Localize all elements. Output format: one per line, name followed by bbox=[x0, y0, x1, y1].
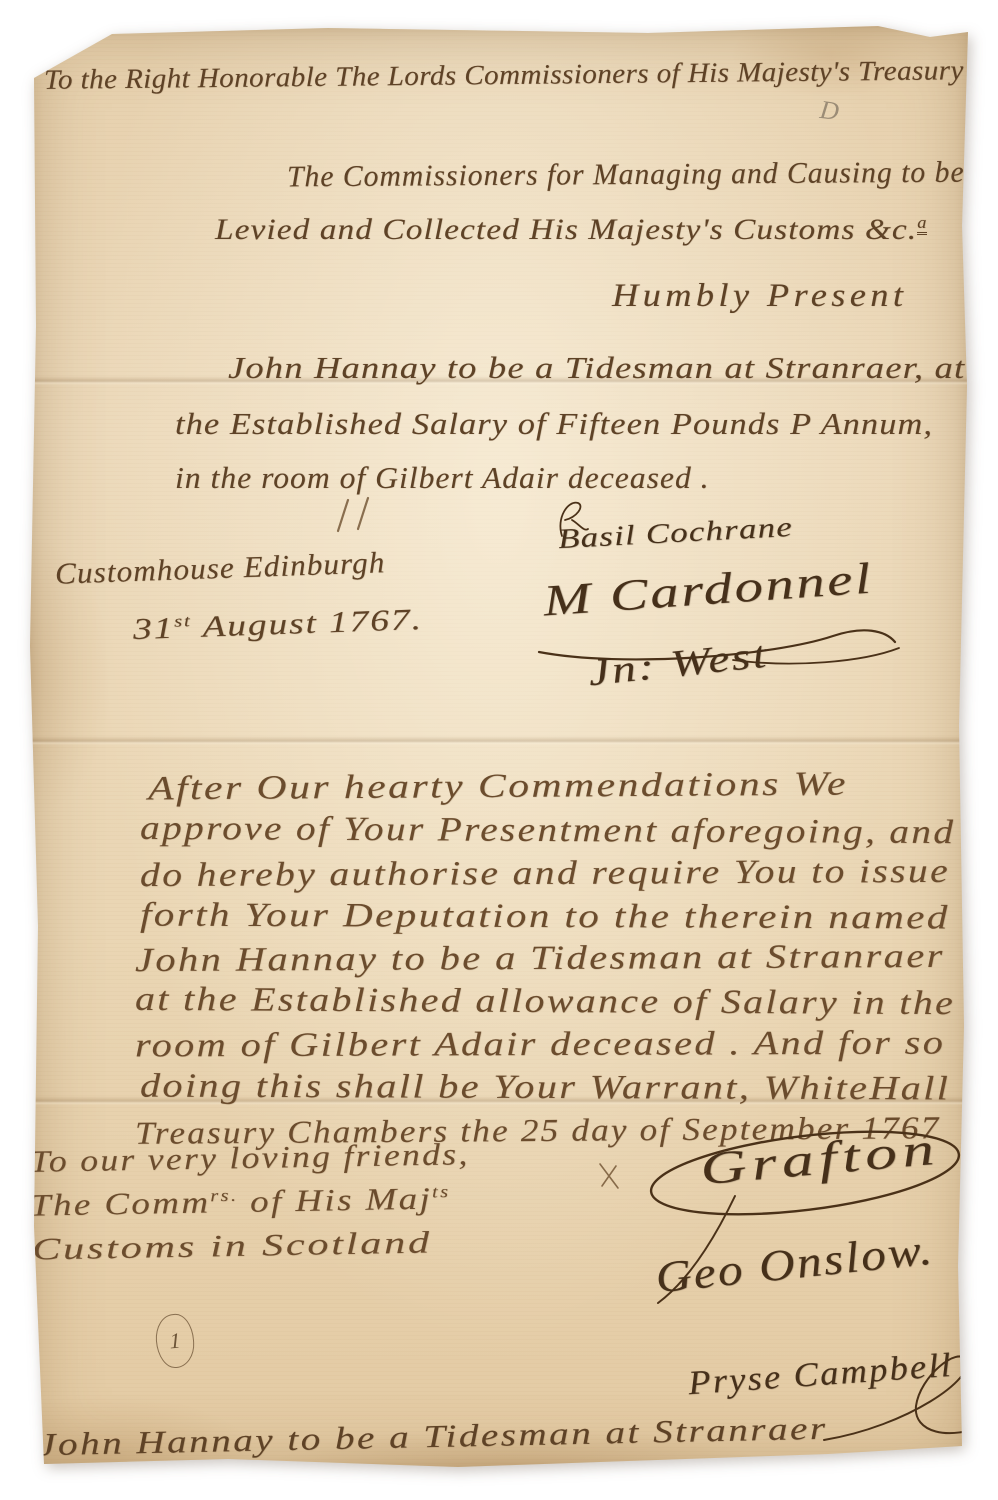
signature-onslow-text: Geo Onslow. bbox=[653, 1224, 936, 1304]
dateline-date: 31st August 1767. bbox=[132, 603, 423, 647]
pencil-mark: D bbox=[818, 95, 840, 127]
warrant-line-8: doing this shall be Your Warrant, WhiteH… bbox=[140, 1068, 950, 1109]
address-block-line-2: The Commrs. of His Majts bbox=[30, 1180, 451, 1223]
address-block-majesty: of His Maj bbox=[238, 1181, 432, 1219]
appointment-line-2: the Established Salary of Fifteen Pounds… bbox=[175, 406, 933, 442]
address-block-commrs-sup: rs. bbox=[210, 1186, 238, 1205]
dateline-date-text: 31st August 1767. bbox=[132, 603, 423, 647]
address-block-line-3: Customs in Scotland bbox=[32, 1225, 433, 1268]
appointment-line-3-text: in the room of Gilbert Adair deceased . bbox=[175, 460, 710, 496]
address-block-line-2-text: The Commrs. of His Majts bbox=[30, 1180, 451, 1223]
warrant-line-8-text: doing this shall be Your Warrant, WhiteH… bbox=[140, 1068, 950, 1109]
docket-line-text: John Hannay to be a Tidesman at Stranrae… bbox=[38, 1410, 828, 1464]
pencil-x-mark bbox=[596, 1160, 622, 1192]
presentment-line-3: Humbly Present bbox=[612, 278, 907, 315]
stray-ink-marks bbox=[334, 498, 380, 534]
warrant-line-2-text: approve of Your Presentment aforegoing, … bbox=[140, 810, 955, 852]
address-block-majesty-sup: ts bbox=[432, 1182, 451, 1201]
warrant-line-2: approve of Your Presentment aforegoing, … bbox=[140, 810, 955, 852]
signature-cochrane: Basil Cochrane bbox=[557, 512, 793, 556]
docket-line: John Hannay to be a Tidesman at Stranrae… bbox=[38, 1410, 829, 1464]
dateline-day: 31 bbox=[132, 612, 174, 646]
signature-onslow: Geo Onslow. bbox=[653, 1224, 937, 1304]
presentment-line-1: The Commissioners for Managing and Causi… bbox=[287, 156, 965, 195]
address-block-line-1: To our very loving friends, bbox=[30, 1136, 471, 1180]
fold-crease-middle bbox=[28, 736, 970, 745]
warrant-line-5-text: John Hannay to be a Tidesman at Stranrae… bbox=[135, 938, 945, 980]
presentment-line-2-sup: a bbox=[917, 213, 927, 235]
presentment-line-2-main: Levied and Collected His Majesty's Custo… bbox=[215, 213, 917, 246]
manuscript-sheet-wrap: To the Right Honorable The Lords Commiss… bbox=[0, 0, 998, 1500]
warrant-line-1-text: After Our hearty Commendations We bbox=[148, 766, 848, 809]
warrant-line-4-text: forth Your Deputation to the therein nam… bbox=[140, 897, 950, 938]
address-line-text: To the Right Honorable The Lords Commiss… bbox=[44, 55, 964, 97]
signature-cardonnel-text: M Cardonnel bbox=[542, 553, 875, 627]
appointment-line-3: in the room of Gilbert Adair deceased . bbox=[175, 460, 710, 496]
signature-cardonnel: M Cardonnel bbox=[542, 553, 875, 627]
warrant-line-5: John Hannay to be a Tidesman at Stranrae… bbox=[135, 938, 945, 980]
docket-flourish bbox=[818, 1344, 998, 1454]
appointment-line-1: John Hannay to be a Tidesman at Stranrae… bbox=[228, 350, 965, 386]
warrant-line-7: room of Gilbert Adair deceased . And for… bbox=[135, 1025, 945, 1066]
presentment-line-2-text: Levied and Collected His Majesty's Custo… bbox=[215, 213, 927, 247]
warrant-line-1: After Our hearty Commendations We bbox=[148, 766, 848, 809]
presentment-line-1-text: The Commissioners for Managing and Causi… bbox=[287, 156, 965, 195]
presentment-line-2: Levied and Collected His Majesty's Custo… bbox=[215, 213, 927, 247]
dateline-place-text: Customhouse Edinburgh bbox=[55, 546, 386, 592]
dateline-rest: August 1767. bbox=[191, 603, 423, 644]
signature-cochrane-text: Basil Cochrane bbox=[557, 512, 793, 556]
warrant-line-6: at the Established allowance of Salary i… bbox=[135, 981, 955, 1023]
warrant-line-6-text: at the Established allowance of Salary i… bbox=[135, 981, 955, 1023]
page-number-circle: 1 bbox=[154, 1313, 196, 1370]
address-block-line-1-text: To our very loving friends, bbox=[30, 1136, 470, 1180]
manuscript-paper: To the Right Honorable The Lords Commiss… bbox=[28, 26, 970, 1472]
page-number-text: 1 bbox=[169, 1328, 182, 1355]
presentment-line-3-text: Humbly Present bbox=[612, 278, 907, 315]
appointment-line-1-text: John Hannay to be a Tidesman at Stranrae… bbox=[228, 350, 965, 386]
warrant-line-4: forth Your Deputation to the therein nam… bbox=[140, 897, 950, 938]
address-block-line-3-text: Customs in Scotland bbox=[32, 1225, 432, 1268]
warrant-line-3-text: do hereby authorise and require You to i… bbox=[140, 853, 950, 895]
warrant-line-7-text: room of Gilbert Adair deceased . And for… bbox=[135, 1025, 945, 1066]
address-line: To the Right Honorable The Lords Commiss… bbox=[44, 55, 964, 97]
warrant-line-3: do hereby authorise and require You to i… bbox=[140, 853, 950, 895]
appointment-line-2-text: the Established Salary of Fifteen Pounds… bbox=[175, 406, 933, 442]
dateline-day-suffix: st bbox=[174, 611, 192, 631]
dateline-place: Customhouse Edinburgh bbox=[55, 546, 386, 591]
address-block-commrs: The Comm bbox=[30, 1185, 211, 1223]
pencil-mark-text: D bbox=[818, 95, 840, 126]
